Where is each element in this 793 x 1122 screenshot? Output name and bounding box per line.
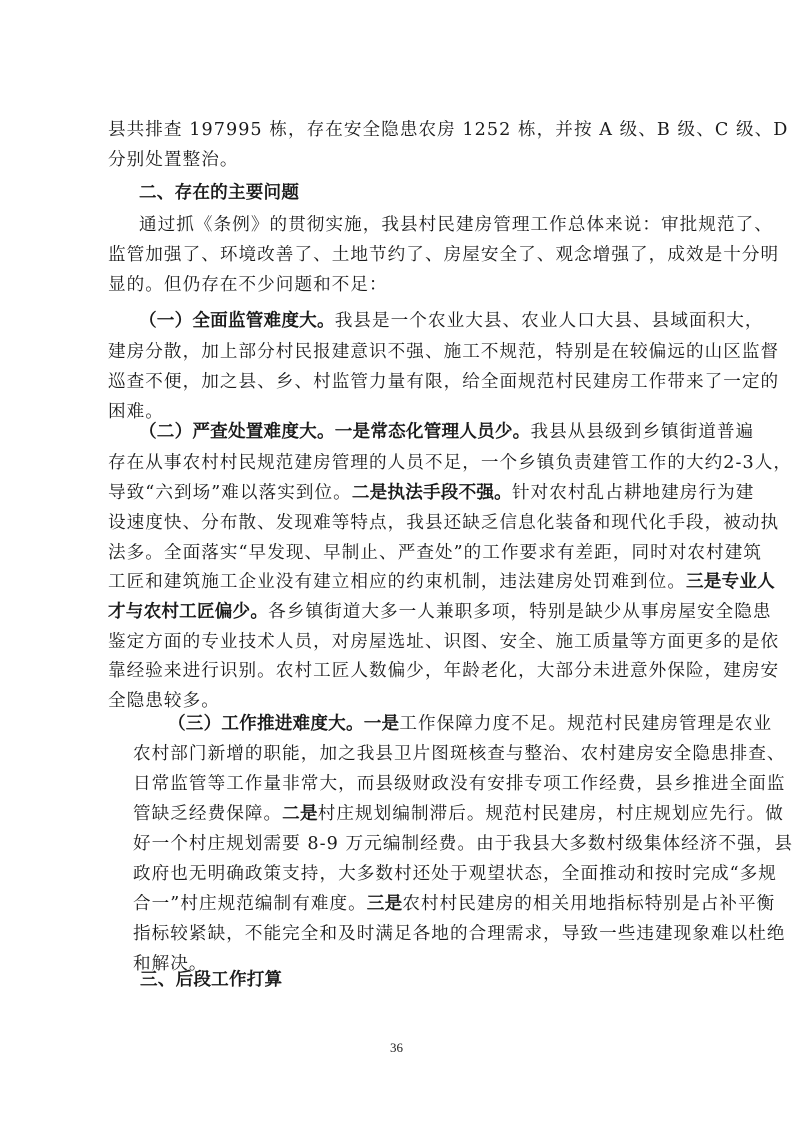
paragraph-line: 工匠和建筑施工企业没有建立相应的约束机制，违法建房处罚难到位。三是专业人 [108, 570, 685, 594]
document-page: 县共排查 197995 栋，存在安全隐患农房 1252 栋，并按 A 级、B 级… [0, 0, 793, 1122]
paragraph-line: 合一”村庄规范编制有难度。三是农村村民建房的相关用地指标特别是占补平衡 [133, 892, 685, 916]
paragraph-line: 存在从事农村村民规范建房管理的人员不足，一个乡镇负责建管工作的大约2-3人， [108, 451, 685, 475]
paragraph-line: 指标较紧缺，不能完全和及时满足各地的合理需求，导致一些违建现象难以杜绝 [133, 922, 685, 946]
text-run: 工作保障力度不足。规范村民建房管理是农业 [399, 714, 772, 734]
paragraph-line: 靠经验来进行识别。农村工匠人数偏少，年龄老化，大部分未进意外保险，建房安 [108, 659, 685, 683]
text-run: 工匠和建筑施工企业没有建立相应的约束机制，违法建房处罚难到位。 [108, 572, 686, 592]
problem-2-point-3-title-a: 三是专业人 [686, 572, 775, 592]
section-heading-problems: 二、存在的主要问题 [139, 181, 299, 205]
paragraph-line: 鉴定方面的专业技术人员，对房屋选址、识图、安全、施工质量等方面更多的是依 [108, 630, 685, 654]
paragraph-line: 政府也无明确政策支持，大多数村还处于观望状态，全面推动和按时完成“多规 [133, 862, 685, 886]
paragraph-line: 监管加强了、环境改善了、土地节约了、房屋安全了、观念增强了，成效是十分明 [108, 243, 685, 267]
problem-3-point-1-title: 一是 [364, 714, 400, 734]
problem-3-point-2-title: 二是 [282, 804, 318, 824]
paragraph-line: 好一个村庄规划需要 8-9 万元编制经费。由于我县大多数村级集体经济不强，县 [133, 832, 685, 856]
text-run: 农村村民建房的相关用地指标特别是占补平衡 [402, 894, 775, 914]
problem-2-point-3-title-b: 才与农村工匠偏少。 [108, 602, 268, 622]
paragraph-line: 分别处置整治。 [108, 148, 685, 172]
text-run: 村庄规划编制滞后。规范村民建房，村庄规划应先行。做 [318, 804, 784, 824]
paragraph-line: 管缺乏经费保障。二是村庄规划编制滞后。规范村民建房，村庄规划应先行。做 [133, 802, 685, 826]
paragraph-line: 建房分散，加上部分村民报建意识不强、施工不规范，特别是在较偏远的山区监督 [108, 340, 685, 364]
problem-3-point-3-title: 三是 [367, 894, 403, 914]
paragraph-line: 日常监管等工作量非常大，而县级财政没有安排专项工作经费，县乡推进全面监 [133, 772, 685, 796]
text-run: 各乡镇街道大多一人兼职多项，特别是缺少从事房屋安全隐患 [268, 602, 771, 622]
problem-1-title: （一）全面监管难度大。 [139, 311, 335, 331]
paragraph-line: 全隐患较多。 [108, 689, 685, 713]
paragraph-line: 农村部门新增的职能，加之我县卫片图斑核查与整治、农村建房安全隐患排查、 [133, 742, 685, 766]
text-run: 针对农村乱占耕地建房行为建 [512, 483, 754, 503]
problem-2-title: （二）严查处置难度大。 [139, 422, 335, 442]
problem-2-point-2-title: 二是执法手段不强。 [352, 483, 512, 503]
text-run: 管缺乏经费保障。 [133, 804, 282, 824]
paragraph-line: 设速度快、分布散、发现难等特点，我县还缺乏信息化装备和现代化手段，被动执 [108, 511, 685, 535]
paragraph-line: 县共排查 197995 栋，存在安全隐患农房 1252 栋，并按 A 级、B 级… [108, 118, 685, 142]
problem-3-title: （三）工作推进难度大。 [168, 714, 364, 734]
problem-3-first-line: （三）工作推进难度大。一是工作保障力度不足。规范村民建房管理是农业 [168, 712, 685, 736]
text-run: 我县是一个农业大县、农业人口大县、县域面积大， [335, 311, 764, 331]
page-number: 36 [0, 1040, 793, 1056]
paragraph-line: 巡查不便，加之县、乡、村监管力量有限，给全面规范村民建房工作带来了一定的 [108, 370, 685, 394]
problem-1-first-line: （一）全面监管难度大。我县是一个农业大县、农业人口大县、县域面积大， [139, 309, 685, 333]
problem-2-first-line: （二）严查处置难度大。一是常态化管理人员少。我县从县级到乡镇街道普遍 [139, 420, 685, 444]
paragraph-line: 导致“六到场”难以落实到位。二是执法手段不强。针对农村乱占耕地建房行为建 [108, 481, 685, 505]
paragraph-line: 显的。但仍存在不少问题和不足： [108, 273, 685, 297]
problem-2-point-1-title: 一是常态化管理人员少。 [335, 422, 531, 442]
paragraph-line: 才与农村工匠偏少。各乡镇街道大多一人兼职多项，特别是缺少从事房屋安全隐患 [108, 600, 685, 624]
section-heading-next-steps: 三、后段工作打算 [140, 968, 282, 992]
text-run: 导致“六到场”难以落实到位。 [108, 483, 352, 503]
paragraph-line: 法多。全面落实“早发现、早制止、严查处”的工作要求有差距，同时对农村建筑 [108, 541, 685, 565]
paragraph-line: 通过抓《条例》的贯彻实施，我县村民建房管理工作总体来说：审批规范了、 [139, 213, 685, 237]
text-run: 我县从县级到乡镇街道普遍 [530, 422, 754, 442]
text-run: 合一”村庄规范编制有难度。 [133, 894, 367, 914]
